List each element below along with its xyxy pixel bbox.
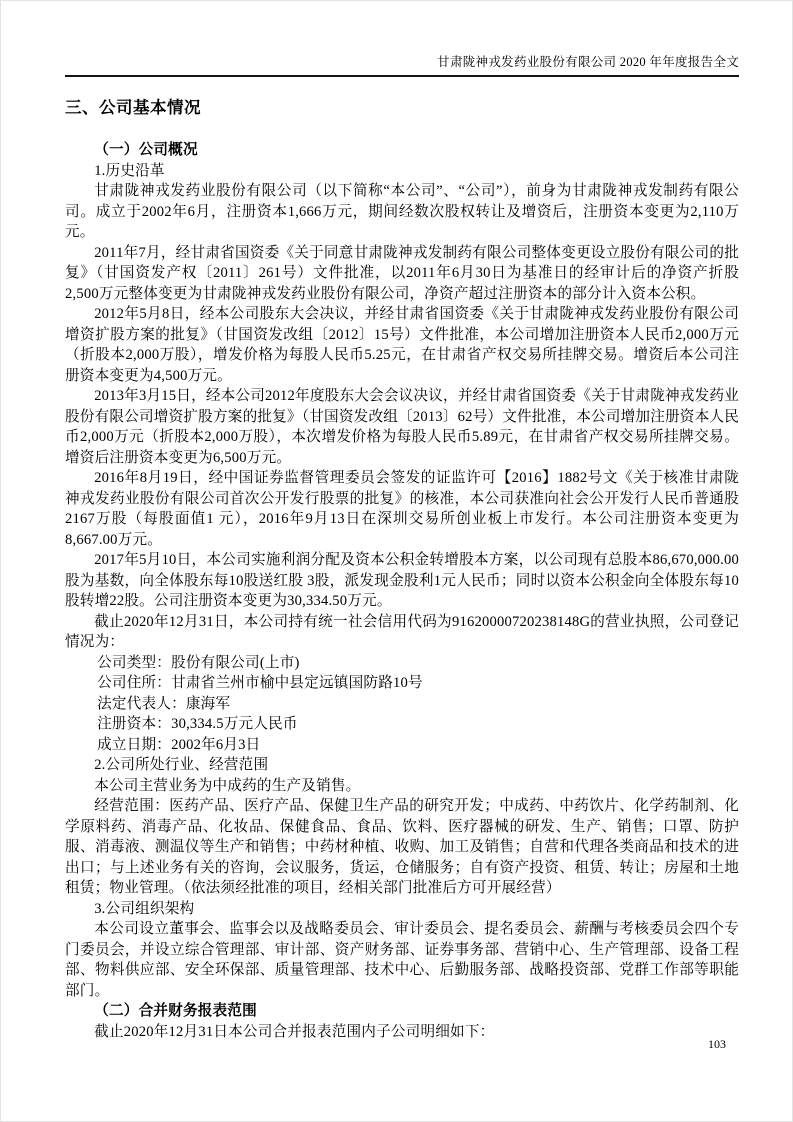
subsection-heading-history: 1.历史沿革 <box>65 161 739 182</box>
page-content: 三、公司基本情况 （一）公司概况 1.历史沿革 甘肃陇神戎发药业股份有限公司（以… <box>65 79 739 1042</box>
registration-line-establishment-date: 成立日期：2002年6月3日 <box>65 735 739 756</box>
document-page: 甘肃陇神戎发药业股份有限公司 2020 年年度报告全文 三、公司基本情况 （一）… <box>0 0 793 1122</box>
page-title: 三、公司基本情况 <box>65 97 739 119</box>
registration-line-registered-capital: 注册资本：30,334.5万元人民币 <box>65 714 739 735</box>
registration-line-legal-representative: 法定代表人：康海军 <box>65 694 739 715</box>
subsection-heading-industry-scope: 2.公司所处行业、经营范围 <box>65 755 739 776</box>
section-heading-company-overview: （一）公司概况 <box>65 140 739 161</box>
history-paragraph: 2016年8月19日，经中国证券监督管理委员会签发的证监许可【2016】1882… <box>65 468 739 550</box>
history-paragraph: 截止2020年12月31日，本公司持有统一社会信用代码为916200007202… <box>65 612 739 653</box>
history-paragraph: 2011年7月，经甘肃省国资委《关于同意甘肃陇神戎发制药有限公司整体变更设立股份… <box>65 243 739 305</box>
history-paragraph: 2012年5月8日，经本公司股东大会决议，并经甘肃省国资委《关于甘肃陇神戎发药业… <box>65 304 739 386</box>
report-header-title: 甘肃陇神戎发药业股份有限公司 2020 年年度报告全文 <box>437 52 739 70</box>
history-paragraph: 2013年3月15日，经本公司2012年度股东大会会议决议，并经甘肃省国资委《关… <box>65 386 739 468</box>
consolidation-paragraph: 截止2020年12月31日本公司合并报表范围内子公司明细如下： <box>65 1022 739 1043</box>
business-scope-paragraph: 经营范围：医药产品、医疗产品、保健卫生产品的研究开发；中成药、中药饮片、化学药制… <box>65 796 739 899</box>
registration-line-company-type: 公司类型：股份有限公司(上市) <box>65 653 739 674</box>
subsection-heading-organization: 3.公司组织架构 <box>65 899 739 920</box>
organization-paragraph: 本公司设立董事会、监事会以及战略委员会、审计委员会、提名委员会、薪酬与考核委员会… <box>65 919 739 1001</box>
registration-line-address: 公司住所：甘肃省兰州市榆中县定远镇国防路10号 <box>65 673 739 694</box>
page-number: 103 <box>708 1037 726 1052</box>
history-paragraph: 2017年5月10日，本公司实施利润分配及资本公积金转增股本方案，以公司现有总股… <box>65 550 739 612</box>
history-paragraph: 甘肃陇神戎发药业股份有限公司（以下简称“本公司”、“公司”），前身为甘肃陇神戎发… <box>65 181 739 243</box>
page-header: 甘肃陇神戎发药业股份有限公司 2020 年年度报告全文 <box>65 1 739 77</box>
main-business-paragraph: 本公司主营业务为中成药的生产及销售。 <box>65 776 739 797</box>
section-heading-consolidation-scope: （二）合并财务报表范围 <box>65 1001 739 1022</box>
